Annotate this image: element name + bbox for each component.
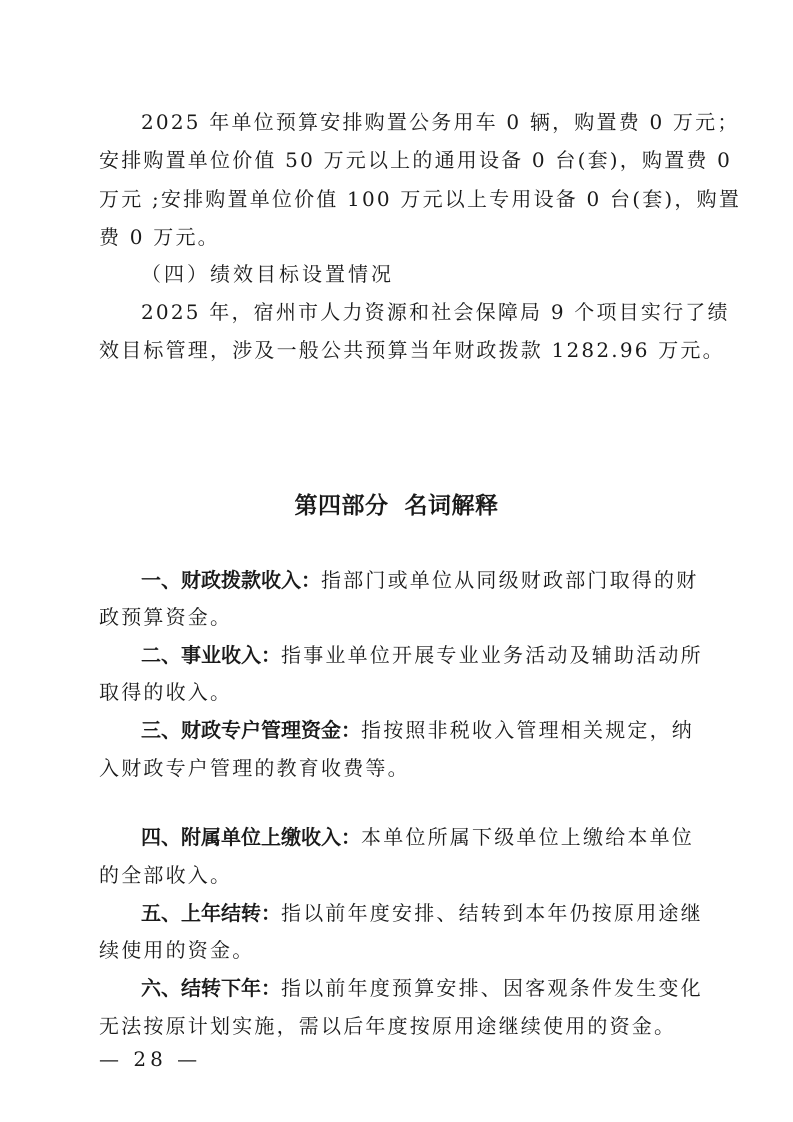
performance-paragraph-line-2: 效目标管理，涉及一般公共预算当年财政拨款 1282.96 万元。 [99, 338, 691, 362]
definition-text: 本单位所属下级单位上缴给本单位 [361, 825, 694, 849]
definition-term: 五、上年结转： [141, 901, 281, 925]
definition-3-line-2: 入财政专户管理的教育收费等。 [99, 756, 691, 780]
subsection-title: （四）绩效目标设置情况 [99, 262, 691, 286]
definition-4-line-2: 的全部收入。 [99, 863, 691, 887]
definition-1-line-1: 一、财政拨款收入：指部门或单位从同级财政部门取得的财 [99, 568, 691, 592]
budget-paragraph-line-3: 万元 ;安排购置单位价值 100 万元以上专用设备 0 台(套)，购置 [99, 187, 691, 211]
definition-2-line-1: 二、事业收入：指事业单位开展专业业务活动及辅助活动所 [99, 643, 691, 667]
definition-term: 六、结转下年： [141, 976, 281, 1000]
definition-term: 三、财政专户管理资金： [141, 718, 361, 742]
definition-text: 指以前年度预算安排、因客观条件发生变化 [281, 976, 703, 1000]
definition-text: 指事业单位开展专业业务活动及辅助活动所 [281, 643, 703, 667]
part-label: 第四部分 [295, 492, 389, 519]
part-title: 名词解释 [405, 492, 499, 519]
page-number: — 28 — [99, 1047, 201, 1071]
definition-term: 一、财政拨款收入： [141, 568, 321, 592]
part-heading: 第四部分名词解释 [0, 487, 793, 520]
definition-text: 指部门或单位从同级财政部门取得的财 [321, 568, 698, 592]
definition-term: 四、附属单位上缴收入： [141, 825, 361, 849]
budget-paragraph-line-2: 安排购置单位价值 50 万元以上的通用设备 0 台(套)，购置费 0 [99, 148, 691, 172]
definition-6-line-2: 无法按原计划实施，需以后年度按原用途继续使用的资金。 [99, 1014, 691, 1038]
definition-1-line-2: 政预算资金。 [99, 605, 691, 629]
definition-text: 指按照非税收入管理相关规定，纳 [361, 718, 694, 742]
definition-6-line-1: 六、结转下年：指以前年度预算安排、因客观条件发生变化 [99, 976, 691, 1000]
performance-paragraph-line-1: 2025 年，宿州市人力资源和社会保障局 9 个项目实行了绩 [99, 300, 691, 324]
budget-paragraph-line-1: 2025 年单位预算安排购置公务用车 0 辆，购置费 0 万元； [99, 110, 691, 134]
definition-term: 二、事业收入： [141, 643, 281, 667]
definition-4-line-1: 四、附属单位上缴收入：本单位所属下级单位上缴给本单位 [99, 825, 691, 849]
budget-paragraph-line-4: 费 0 万元。 [99, 225, 691, 249]
definition-5-line-2: 续使用的资金。 [99, 938, 691, 962]
definition-3-line-1: 三、财政专户管理资金：指按照非税收入管理相关规定，纳 [99, 718, 691, 742]
definition-5-line-1: 五、上年结转：指以前年度安排、结转到本年仍按原用途继 [99, 901, 691, 925]
definition-text: 指以前年度安排、结转到本年仍按原用途继 [281, 901, 703, 925]
definition-2-line-2: 取得的收入。 [99, 680, 691, 704]
